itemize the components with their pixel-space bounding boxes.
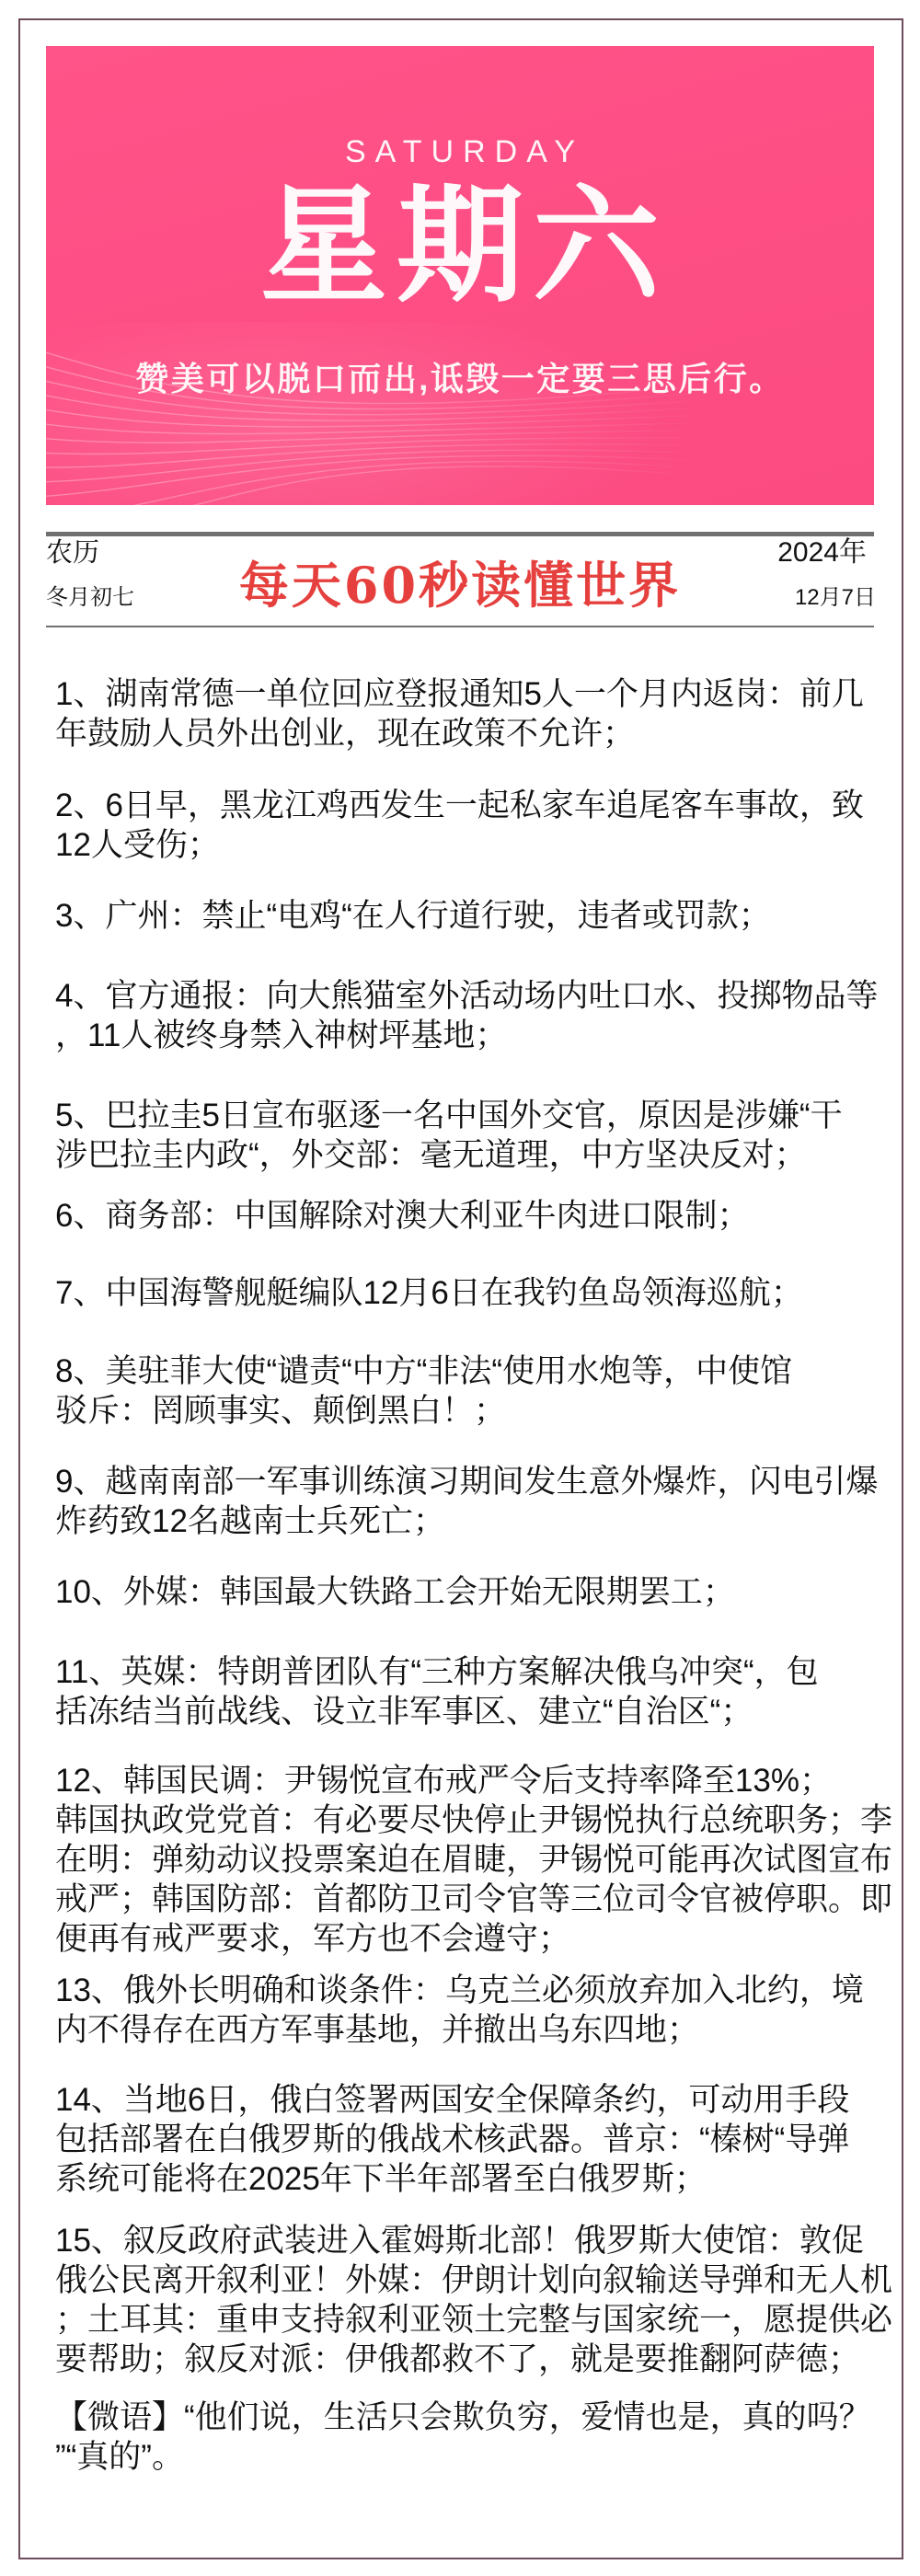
news-line: 10、外媒：韩国最大铁路工会开始无限期罢工；	[55, 1572, 883, 1612]
news-item-5: 5、巴拉圭5日宣布驱逐一名中国外交官，原因是涉嫌“干 涉巴拉圭内政“，外交部：毫…	[55, 1096, 883, 1175]
news-item-1: 1、湖南常德一单位回应登报通知5人一个月内返岗：前几 年鼓励人员外出创业，现在政…	[55, 674, 883, 753]
news-line: 15、叙反政府武装进入霍姆斯北部！俄罗斯大使馆：敦促	[55, 2221, 883, 2260]
daily-quote: 【微语】“他们说，生活只会欺负穷，爱情也是，真的吗？ ”“真的”。	[55, 2398, 883, 2477]
news-line: 13、俄外长明确和谈条件：乌克兰必须放弃加入北约，境	[55, 1971, 883, 2010]
masthead-bottom-rule	[46, 626, 874, 627]
news-line: 12、韩国民调：尹锡悦宣布戒严令后支持率降至13%；	[55, 1761, 883, 1800]
weekday-english: SATURDAY	[46, 136, 874, 167]
news-line: 2、6日早，黑龙江鸡西发生一起私家车追尾客车事故，致	[55, 786, 883, 825]
date-label: 12月7日	[795, 586, 876, 610]
news-item-11: 11、英媒：特朗普团队有“三种方案解决俄乌冲突“，包 括冻结当前战线、设立非军事…	[55, 1652, 883, 1731]
banner-motto: 赞美可以脱口而出,诋毁一定要三思后行。	[46, 362, 874, 396]
news-line: 内不得存在西方军事基地，并撤出乌东四地；	[55, 2010, 883, 2050]
quote-line: ”“真的”。	[55, 2437, 883, 2477]
news-line: 3、广州：禁止“电鸡“在人行道行驶，违者或罚款；	[55, 896, 883, 936]
news-item-8: 8、美驻菲大使“谴责“中方“非法“使用水炮等，中使馆 驳斥：罔顾事实、颠倒黑白！…	[55, 1351, 883, 1431]
news-line: 5、巴拉圭5日宣布驱逐一名中国外交官，原因是涉嫌“干	[55, 1096, 883, 1135]
news-item-6: 6、商务部：中国解除对澳大利亚牛肉进口限制；	[55, 1196, 883, 1236]
news-line: 戒严；韩国防部：首都防卫司令官等三位司令官被停职。即	[55, 1880, 883, 1919]
weekday-banner: SATURDAY 星期六 赞美可以脱口而出,诋毁一定要三思后行。	[46, 46, 874, 505]
news-line: 14、当地6日，俄白签署两国安全保障条约，可动用手段	[55, 2080, 883, 2120]
news-line: 4、官方通报：向大熊猫室外活动场内吐口水、投掷物品等	[55, 976, 883, 1016]
news-line: 系统可能将在2025年下半年部署至白俄罗斯；	[55, 2159, 883, 2199]
year-label: 2024年	[777, 539, 867, 567]
news-item-12: 12、韩国民调：尹锡悦宣布戒严令后支持率降至13%； 韩国执政党党首：有必要尽快…	[55, 1761, 883, 1959]
news-line: 括冻结当前战线、设立非军事区、建立“自治区“；	[55, 1692, 883, 1731]
news-item-3: 3、广州：禁止“电鸡“在人行道行驶，违者或罚款；	[55, 896, 883, 936]
news-line: ，11人被终身禁入神树坪基地；	[55, 1016, 883, 1055]
news-line: 包括部署在白俄罗斯的俄战术核武器。普京：“榛树“导弹	[55, 2120, 883, 2159]
news-item-13: 13、俄外长明确和谈条件：乌克兰必须放弃加入北约，境 内不得存在西方军事基地，并…	[55, 1971, 883, 2050]
news-item-9: 9、越南南部一军事训练演习期间发生意外爆炸，闪电引爆 炸药致12名越南士兵死亡；	[55, 1462, 883, 1541]
news-line: 8、美驻菲大使“谴责“中方“非法“使用水炮等，中使馆	[55, 1351, 883, 1391]
news-line: 9、越南南部一军事训练演习期间发生意外爆炸，闪电引爆	[55, 1462, 883, 1501]
news-line: 12人受伤；	[55, 825, 883, 865]
news-line: 11、英媒：特朗普团队有“三种方案解决俄乌冲突“，包	[55, 1652, 883, 1692]
news-line: ；土耳其：重申支持叙利亚领土完整与国家统一，愿提供必	[55, 2300, 883, 2340]
news-item-15: 15、叙反政府武装进入霍姆斯北部！俄罗斯大使馆：敦促 俄公民离开叙利亚！外媒：伊…	[55, 2221, 883, 2379]
news-item-14: 14、当地6日，俄白签署两国安全保障条约，可动用手段 包括部署在白俄罗斯的俄战术…	[55, 2080, 883, 2199]
news-line: 俄公民离开叙利亚！外媒：伊朗计划向叙输送导弹和无人机	[55, 2260, 883, 2300]
news-line: 7、中国海警舰艇编队12月6日在我钓鱼岛领海巡航；	[55, 1273, 883, 1313]
news-line: 要帮助；叙反对派：伊俄都救不了，就是要推翻阿萨德；	[55, 2340, 883, 2379]
news-line: 驳斥：罔顾事实、颠倒黑白！；	[55, 1391, 883, 1431]
news-line: 韩国执政党党首：有必要尽快停止尹锡悦执行总统职务；李	[55, 1800, 883, 1840]
news-item-7: 7、中国海警舰艇编队12月6日在我钓鱼岛领海巡航；	[55, 1273, 883, 1313]
news-line: 在明：弹劾动议投票案迫在眉睫，尹锡悦可能再次试图宣布	[55, 1840, 883, 1880]
news-item-2: 2、6日早，黑龙江鸡西发生一起私家车追尾客车事故，致 12人受伤；	[55, 786, 883, 865]
weekday-chinese: 星期六	[46, 181, 874, 310]
news-line: 年鼓励人员外出创业，现在政策不允许；	[55, 714, 883, 753]
news-item-10: 10、外媒：韩国最大铁路工会开始无限期罢工；	[55, 1572, 883, 1612]
news-item-4: 4、官方通报：向大熊猫室外活动场内吐口水、投掷物品等 ，11人被终身禁入神树坪基…	[55, 976, 883, 1055]
masthead-top-rule	[46, 532, 874, 536]
news-line: 便再有戒严要求，军方也不会遵守；	[55, 1919, 883, 1959]
news-line: 6、商务部：中国解除对澳大利亚牛肉进口限制；	[55, 1196, 883, 1236]
news-line: 涉巴拉圭内政“，外交部：毫无道理，中方坚决反对；	[55, 1135, 883, 1175]
quote-line: 【微语】“他们说，生活只会欺负穷，爱情也是，真的吗？	[55, 2398, 883, 2437]
news-line: 1、湖南常德一单位回应登报通知5人一个月内返岗：前几	[55, 674, 883, 714]
news-line: 炸药致12名越南士兵死亡；	[55, 1501, 883, 1541]
